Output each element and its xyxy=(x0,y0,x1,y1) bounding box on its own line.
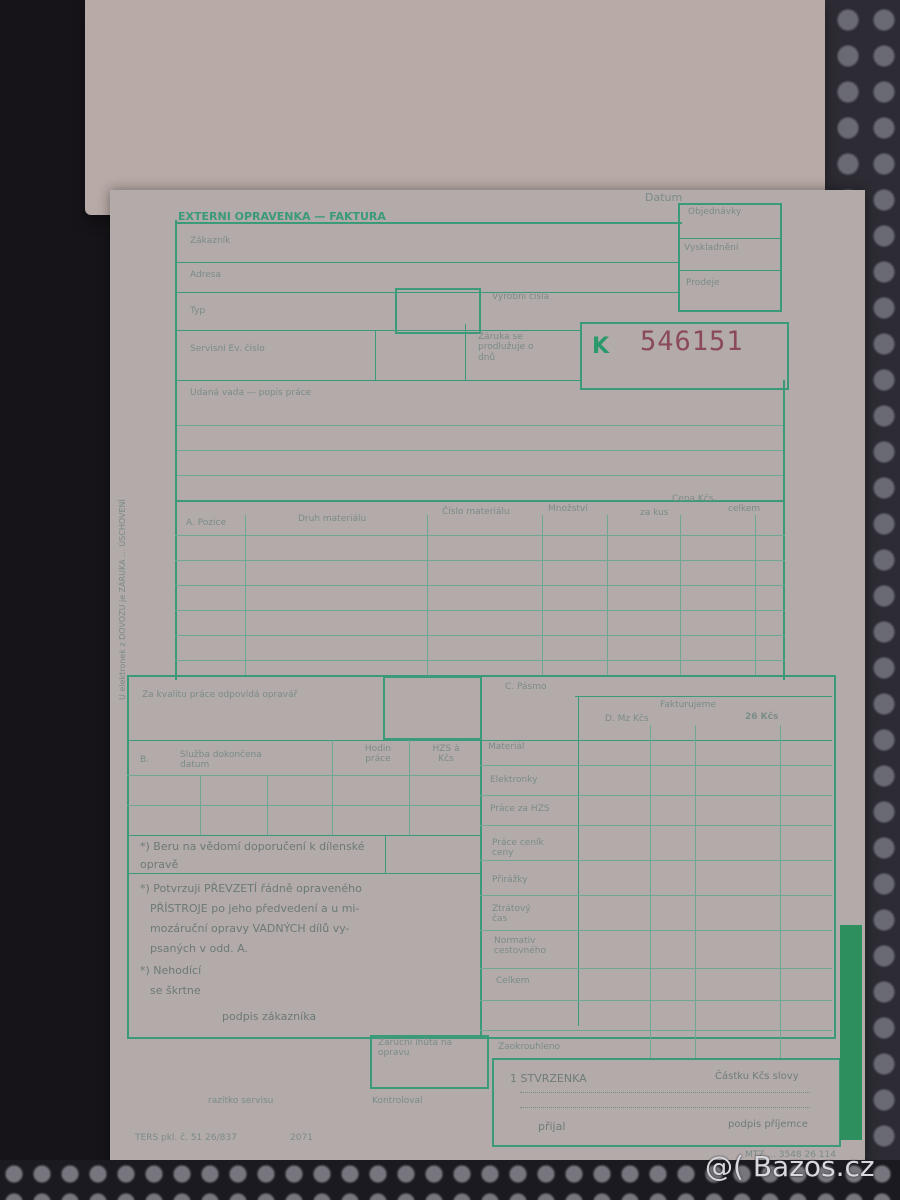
customer-label: Zákazník xyxy=(190,236,230,246)
checked-label: Kontroloval xyxy=(372,1096,423,1106)
invoice-label: Fakturujeme xyxy=(660,700,716,710)
ack-note: *) Beru na vědomí doporučení k dílenské … xyxy=(140,838,370,874)
print-year: 2071 xyxy=(290,1133,313,1143)
divider xyxy=(678,270,780,271)
zone-label: C. Pásmo xyxy=(505,682,547,692)
divider xyxy=(678,238,780,239)
warranty-period-label: Záruční lhůta na opravu xyxy=(378,1038,478,1059)
section-b-table[interactable] xyxy=(127,740,482,835)
received-label: přijal xyxy=(538,1121,565,1134)
print-code: TERS pkl. č. 51 26/837 xyxy=(135,1133,237,1143)
divider xyxy=(375,330,376,380)
divider xyxy=(175,380,580,381)
technician-box[interactable] xyxy=(383,676,482,740)
warranty-ext-label: Záruka se prodlužuje o dnů xyxy=(478,332,538,363)
stamp-label: razítko servisu xyxy=(208,1096,273,1106)
confirm-line-2: PŘÍSTROJE po jeho předvedení a u mi- xyxy=(150,900,359,918)
col-total: celkem xyxy=(728,504,760,514)
form-number: 546151 xyxy=(640,326,744,357)
serial-label: Výrobní čísla xyxy=(492,292,549,302)
right-boxes xyxy=(678,203,782,312)
currency-left: D. Mz Kčs xyxy=(605,714,649,724)
service-ev-label: Servisní Ev. číslo xyxy=(190,344,265,354)
divider xyxy=(385,835,386,873)
currency-right: 26 Kčs xyxy=(745,712,778,722)
sales-label: Prodeje xyxy=(686,278,720,288)
address-label: Adresa xyxy=(190,270,221,280)
green-edge-strip xyxy=(840,925,862,1140)
divider xyxy=(575,696,832,697)
pad-cover xyxy=(85,0,825,215)
quality-label: Za kvalitu práce odpovídá opravář xyxy=(142,690,297,700)
receipt-title: 1 STVRZENKA xyxy=(510,1073,587,1086)
amount-words-field[interactable] xyxy=(520,1092,810,1108)
recipient-signature-label: podpis příjemce xyxy=(728,1119,808,1131)
not-applicable-2: se škrtne xyxy=(150,982,201,1000)
section-a-table[interactable] xyxy=(175,515,785,675)
vertical-margin-text: U elektronek z DOVOZU je ZÁRUKA ... ÚSCH… xyxy=(118,499,127,700)
type-label: Typ xyxy=(190,306,205,316)
col-price: Cena Kčs xyxy=(672,494,713,504)
cost-table[interactable] xyxy=(480,725,832,1060)
form-series-letter: K xyxy=(592,334,609,359)
bazos-watermark: @( Bazos.cz xyxy=(705,1150,875,1183)
customer-signature-label: podpis zákazníka xyxy=(222,1008,316,1026)
confirm-line-4: psaných v odd. A. xyxy=(150,940,248,958)
divider xyxy=(127,873,482,874)
date-label: Datum xyxy=(645,192,682,205)
type-code-box[interactable] xyxy=(395,288,481,334)
divider xyxy=(127,835,482,836)
col-quantity: Množství xyxy=(548,504,588,514)
confirm-line-1: *) Potvrzuji PŘEVZETÍ řádně opraveného xyxy=(140,880,362,898)
dispatch-label: Vyskladnění xyxy=(684,243,738,253)
fault-label: Udaná vada — popis práce xyxy=(190,388,311,398)
divider xyxy=(175,330,580,331)
amount-words-label: Částku Kčs slovy xyxy=(715,1071,799,1083)
orders-label: Objednávky xyxy=(688,207,741,217)
confirm-line-3: mozáruční opravy VADNÝCH dílů vy- xyxy=(150,920,350,938)
not-applicable-1: *) Nehodící xyxy=(140,962,201,980)
fault-lines[interactable] xyxy=(175,405,785,500)
divider xyxy=(175,262,680,263)
divider xyxy=(465,324,466,380)
